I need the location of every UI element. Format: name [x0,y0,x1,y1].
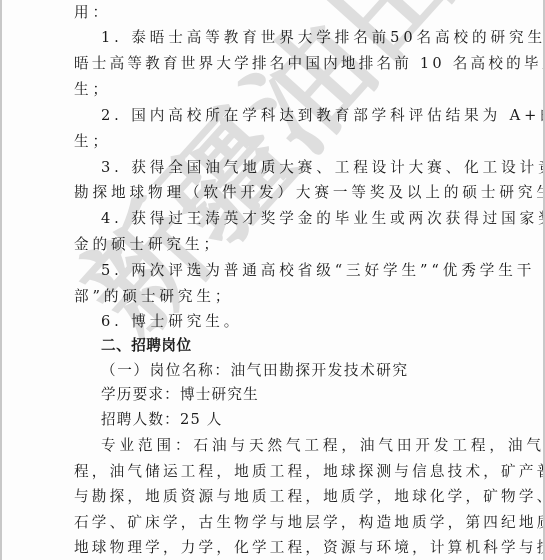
paragraph-line: 6. 博士研究生。 [101,309,242,335]
subsection-heading: （一）岗位名称：油气田勘探开发技术研究 [101,358,409,384]
paragraph-line: 3. 获得全国油气地质大赛、工程设计大赛、化工设计竞赛、 [101,155,545,181]
paragraph-line: 招聘人数：25 人 [101,407,223,433]
paragraph-line: 生； [74,129,111,155]
paragraph-line: 与勘探，地质资源与地质工程，地质学，地球化学，矿物学、岩 [74,484,545,510]
paragraph-line: 学历要求：博士研究生 [101,382,259,408]
paragraph-line: 专业范围：石油与天然气工程，油气田开发工程，油气井工 [101,433,545,459]
paragraph-line: 1. 泰晤士高等教育世界大学排名前50名高校的研究生或泰 [101,25,545,51]
paragraph-line: 程，油气储运工程，地质工程，地球探测与信息技术，矿产普查 [74,459,545,485]
paragraph-line: 用： [74,0,111,26]
paragraph-line: 金的硕士研究生； [74,232,222,258]
paragraph-line: 地球物理学，力学，化学工程，资源与环境，计算机科学与技术， [74,535,545,560]
document-page: 新疆油田公司 用：1. 泰晤士高等教育世界大学排名前50名高校的研究生或泰晤士高… [0,0,545,560]
section-heading: 二、招聘岗位 [101,333,192,359]
paragraph-line: 部”的硕士研究生； [74,284,233,310]
paragraph-line: 4. 获得过王涛英才奖学金的毕业生或两次获得过国家奖学 [101,206,545,232]
paragraph-line: 石学、矿床学，古生物学与地层学，构造地质学，第四纪地质学， [74,510,545,536]
paragraph-line: 晤士高等教育世界大学排名中国内地排名前 10 名高校的毕业 [74,51,545,77]
paragraph-line: 5. 两次评选为普通高校省级“三好学生”“优秀学生干 [101,258,535,284]
paragraph-line: 勘探地球物理（软件开发）大赛一等奖及以上的硕士研究生； [74,180,545,206]
paragraph-line: 生； [74,77,111,103]
paragraph-line: 2. 国内高校所在学科达到教育部学科评估结果为 A+的毕业 [101,103,545,129]
